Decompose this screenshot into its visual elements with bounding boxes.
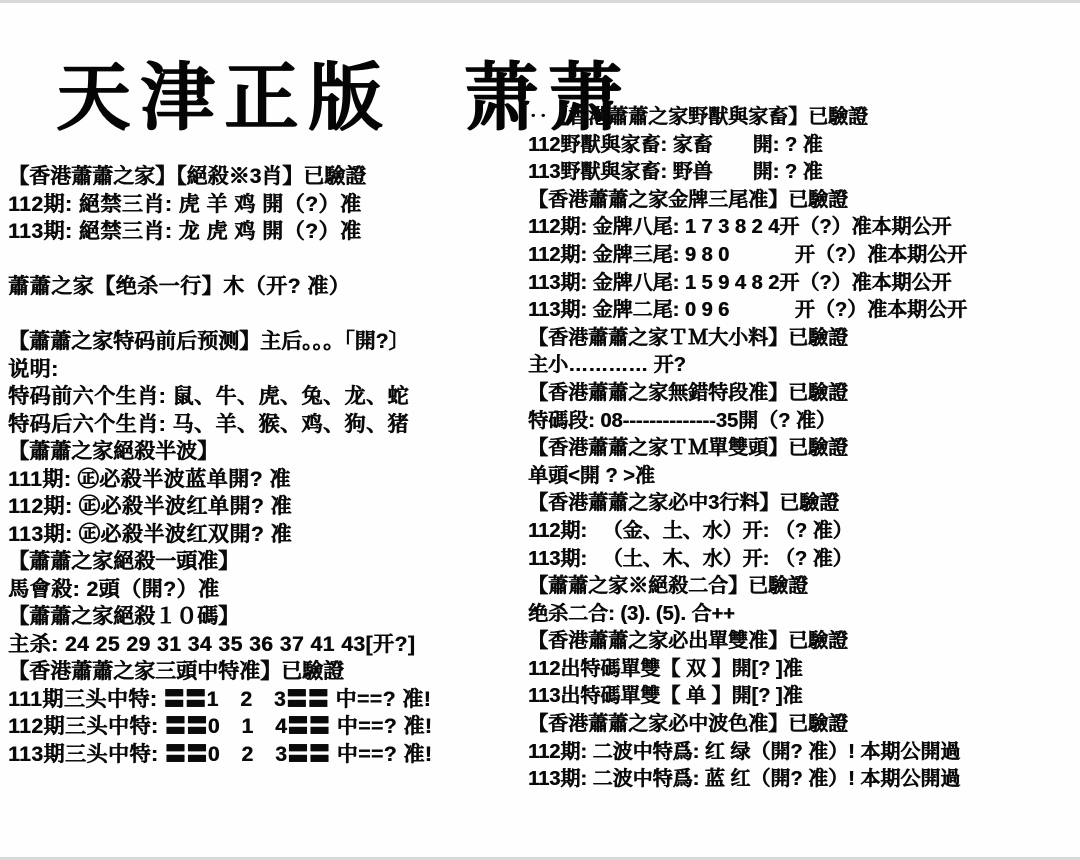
text-line: 113期: 金牌八尾: 1 5 9 4 8 2开（?）准本期公开 [528,270,1078,298]
text-line: 【香港蕭蕭之家必出單雙准】已驗證 [528,628,1078,656]
text-line: 111期三头中特: 〓〓1 2 3〓〓 中==? 准! [8,686,532,714]
text-line: 112期: 金牌八尾: 1 7 3 8 2 4开（?）准本期公开 [528,214,1078,242]
text-line: 112野獸與家畜: 家畜 開: ? 准 [528,132,1078,160]
text-line: 113期三头中特: 〓〓0 2 3〓〓 中==? 准! [8,741,532,769]
left-column: 【香港蕭蕭之家】【絕殺※3肖】已驗證112期: 絕禁三肖: 虎 羊 鸡 開（?）… [8,163,532,768]
text-line: 蕭蕭之家【绝杀一行】木（开? 准） [8,273,532,301]
text-line: 112期三头中特: 〓〓0 1 4〓〓 中==? 准! [8,713,532,741]
text-line: 特碼段: 08--------------35開（? 准） [528,408,1078,436]
scanned-sheet: 天津正版 萧萧 【香港蕭蕭之家】【絕殺※3肖】已驗證112期: 絕禁三肖: 虎 … [0,0,1080,860]
right-column: ‥【香港蕭蕭之家野獸與家畜】已驗證112野獸與家畜: 家畜 開: ? 准113野… [528,104,1078,794]
text-line: 【蕭蕭之家特码前后预测】主后。。。「開?〕 [8,328,532,356]
text-line: 【香港蕭蕭之家必中波色准】已驗證 [528,711,1078,739]
text-line: 【香港蕭蕭之家必中3行料】已驗證 [528,490,1078,518]
text-line: 【香港蕭蕭之家無錯特段准】已驗證 [528,380,1078,408]
text-line: 112期: 金牌三尾: 9 8 0 开（?）准本期公开 [528,242,1078,270]
text-line: 【香港蕭蕭之家】【絕殺※3肖】已驗證 [8,163,532,191]
text-line: 特码后六个生肖: 马、羊、猴、鸡、狗、猪 [8,411,532,439]
text-line: 说明: [8,356,532,384]
text-line: 【蕭蕭之家※絕殺二合】已驗證 [528,573,1078,601]
text-line: 113期: ㊣必殺半波红双開? 准 [8,521,532,549]
text-line: 绝杀二合: (3). (5). 合++ [528,601,1078,629]
text-line: 【香港蕭蕭之家ＴＭ大小料】已驗證 [528,325,1078,353]
text-line: ‥【香港蕭蕭之家野獸與家畜】已驗證 [528,104,1078,132]
text-line: 112期: （金、土、水）开: （? 准） [528,518,1078,546]
text-line: 112期: ㊣必殺半波红单開? 准 [8,493,532,521]
text-line: 111期: ㊣必殺半波蓝单開? 准 [8,466,532,494]
text-line: 【香港蕭蕭之家金牌三尾准】已驗證 [528,187,1078,215]
text-line: 113期: 金牌二尾: 0 9 6 开（?）准本期公开 [528,297,1078,325]
blank-line [8,301,532,329]
text-line: 113期: 絕禁三肖: 龙 虎 鸡 開（?）准 [8,218,532,246]
text-line: 112期: 絕禁三肖: 虎 羊 鸡 開（?）准 [8,191,532,219]
text-line: 【蕭蕭之家絕殺一頭准】 [8,548,532,576]
text-line: 112期: 二波中特爲: 红 绿（開? 准）! 本期公開過 [528,739,1078,767]
text-line: 【蕭蕭之家絕殺１０碼】 [8,603,532,631]
page-title: 天津正版 萧萧 [56,58,576,139]
blank-line [8,246,532,274]
text-line: 113野獸與家畜: 野兽 開: ? 准 [528,159,1078,187]
text-line: 单頭<開 ? >准 [528,463,1078,491]
text-line: 主杀: 24 25 29 31 34 35 36 37 41 43[开?] [8,631,532,659]
text-line: 主小………… 开? [528,352,1078,380]
text-line: 112出特碼單雙【 双 】開[? ]准 [528,656,1078,684]
text-line: 113期: 二波中特爲: 蓝 红（開? 准）! 本期公開過 [528,766,1078,794]
scan-edge-top [0,0,1080,3]
text-line: 【香港蕭蕭之家ＴＭ單雙頭】已驗證 [528,435,1078,463]
text-line: 【蕭蕭之家絕殺半波】 [8,438,532,466]
text-line: 特码前六个生肖: 鼠、牛、虎、兔、龙、蛇 [8,383,532,411]
text-line: 113出特碼單雙【 单 】開[? ]准 [528,683,1078,711]
text-line: 馬會殺: 2頭（開?）准 [8,576,532,604]
text-line: 113期: （土、木、水）开: （? 准） [528,546,1078,574]
text-line: 【香港蕭蕭之家三頭中特准】已驗證 [8,658,532,686]
